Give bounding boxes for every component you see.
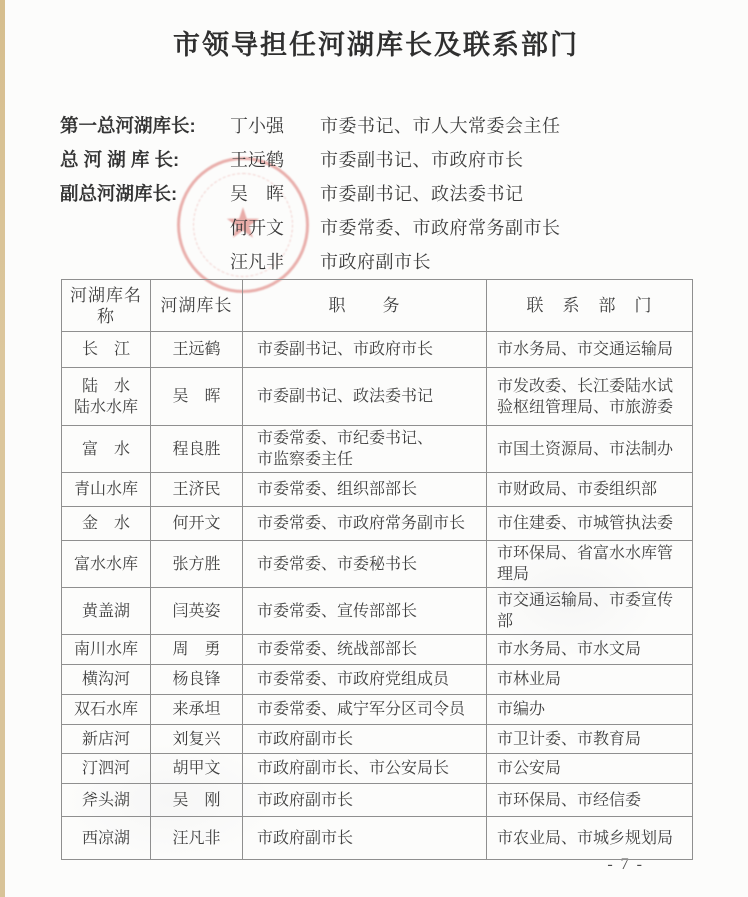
chief-position: 市委常委、市政府常务副市长 <box>243 507 487 541</box>
contact-departments: 市环保局、省富水水库管 理局 <box>487 541 693 588</box>
table-row: 富水水库 张方胜 市委常委、市委秘书长 市环保局、省富水水库管 理局 <box>62 541 693 588</box>
table-row: 新店河 刘复兴 市政府副市长 市卫计委、市教育局 <box>62 725 693 754</box>
chief-position: 市政府副市长 <box>243 725 487 754</box>
river-name: 陆 水 陆水水库 <box>62 368 151 426</box>
contact-departments: 市财政局、市委组织部 <box>487 473 693 507</box>
chief-position: 市政府副市长 <box>243 784 487 817</box>
river-name: 富水水库 <box>62 541 151 588</box>
chief-position: 市委常委、组织部部长 <box>243 473 487 507</box>
river-name: 汀泗河 <box>62 754 151 784</box>
chief-name: 何开文 <box>151 507 243 541</box>
contact-departments: 市林业局 <box>487 665 693 695</box>
river-name: 长 江 <box>62 332 151 368</box>
leader-position: 市政府副市长 <box>320 248 431 274</box>
chief-position: 市委常委、宣传部部长 <box>243 588 487 635</box>
header-river-name: 河湖库名称 <box>62 280 151 332</box>
chief-position: 市政府副市长 <box>243 817 487 860</box>
chief-position: 市委常委、市政府党组成员 <box>243 665 487 695</box>
river-name: 南川水库 <box>62 635 151 665</box>
chief-name: 胡甲文 <box>151 754 243 784</box>
chief-position: 市委副书记、市政府市长 <box>243 332 487 368</box>
river-name: 西凉湖 <box>62 817 151 860</box>
chief-name: 王远鹤 <box>151 332 243 368</box>
chief-name: 张方胜 <box>151 541 243 588</box>
page-title: 市领导担任河湖库长及联系部门 <box>60 26 692 64</box>
table-header-row: 河湖库名称 河湖库长 职 务 联 系 部 门 <box>62 280 693 332</box>
chief-name: 周 勇 <box>151 635 243 665</box>
leader-line: 汪凡非 市政府副市长 <box>60 244 692 278</box>
table-row: 金 水 何开文 市委常委、市政府常务副市长 市住建委、市城管执法委 <box>62 507 693 541</box>
contact-departments: 市住建委、市城管执法委 <box>487 507 693 541</box>
leader-name: 丁小强 <box>230 112 320 138</box>
chief-position: 市委常委、市纪委书记、 市监察委主任 <box>243 426 487 473</box>
chief-position: 市委常委、市委秘书长 <box>243 541 487 588</box>
river-chief-table: 河湖库名称 河湖库长 职 务 联 系 部 门 长 江 王远鹤 市委副书记、市政府… <box>61 279 693 860</box>
contact-departments: 市编办 <box>487 695 693 725</box>
leader-line: 何开文 市委常委、市政府常务副市长 <box>60 210 692 244</box>
table-row: 西凉湖 汪凡非 市政府副市长 市农业局、市城乡规划局 <box>62 817 693 860</box>
table-row: 汀泗河 胡甲文 市政府副市长、市公安局长 市公安局 <box>62 754 693 784</box>
chief-name: 程良胜 <box>151 426 243 473</box>
leader-line: 副总河湖库长: 吴 晖 市委副书记、政法委书记 <box>60 176 692 210</box>
header-chief-name: 河湖库长 <box>151 280 243 332</box>
chief-name: 闫英姿 <box>151 588 243 635</box>
document-page: 市领导担任河湖库长及联系部门 ★ 第一总河湖库长: 丁小强 市委书记、市人大常委… <box>0 26 748 860</box>
contact-departments: 市环保局、市经信委 <box>487 784 693 817</box>
leader-position: 市委副书记、政法委书记 <box>320 180 524 206</box>
table-row: 横沟河 杨良锋 市委常委、市政府党组成员 市林业局 <box>62 665 693 695</box>
contact-departments: 市国土资源局、市法制办 <box>487 426 693 473</box>
leader-position: 市委书记、市人大常委会主任 <box>320 112 561 138</box>
table-row: 黄盖湖 闫英姿 市委常委、宣传部部长 市交通运输局、市委宣传部 <box>62 588 693 635</box>
river-name: 富 水 <box>62 426 151 473</box>
leader-line: 第一总河湖库长: 丁小强 市委书记、市人大常委会主任 <box>60 108 692 142</box>
leader-line: 总 河 湖 库 长: 王远鹤 市委副书记、市政府市长 <box>60 142 692 176</box>
chief-position: 市委副书记、政法委书记 <box>243 368 487 426</box>
header-departments: 联 系 部 门 <box>487 280 693 332</box>
leader-role-label: 副总河湖库长: <box>60 180 230 206</box>
contact-departments: 市发改委、长江委陆水试 验枢纽管理局、市旅游委 <box>487 368 693 426</box>
contact-departments: 市卫计委、市教育局 <box>487 725 693 754</box>
table-row: 双石水库 来承坦 市委常委、咸宁军分区司令员 市编办 <box>62 695 693 725</box>
table-row: 陆 水 陆水水库 吴 晖 市委副书记、政法委书记 市发改委、长江委陆水试 验枢纽… <box>62 368 693 426</box>
river-name: 横沟河 <box>62 665 151 695</box>
chief-name: 吴 晖 <box>151 368 243 426</box>
river-name: 新店河 <box>62 725 151 754</box>
contact-departments: 市水务局、市交通运输局 <box>487 332 693 368</box>
chief-name: 来承坦 <box>151 695 243 725</box>
leader-position: 市委常委、市政府常务副市长 <box>320 214 561 240</box>
chief-name: 汪凡非 <box>151 817 243 860</box>
river-name: 斧头湖 <box>62 784 151 817</box>
leader-name: 王远鹤 <box>230 146 320 172</box>
leader-role-label: 总 河 湖 库 长: <box>60 146 230 172</box>
chief-name: 王济民 <box>151 473 243 507</box>
leader-role-label: 第一总河湖库长: <box>60 112 230 138</box>
leader-position: 市委副书记、市政府市长 <box>320 146 524 172</box>
leader-name: 汪凡非 <box>230 248 320 274</box>
chief-name: 刘复兴 <box>151 725 243 754</box>
table-row: 长 江 王远鹤 市委副书记、市政府市长 市水务局、市交通运输局 <box>62 332 693 368</box>
contact-departments: 市公安局 <box>487 754 693 784</box>
river-name: 青山水库 <box>62 473 151 507</box>
header-position: 职 务 <box>243 280 487 332</box>
leader-name: 何开文 <box>230 214 320 240</box>
leader-name: 吴 晖 <box>230 180 320 206</box>
contact-departments: 市交通运输局、市委宣传部 <box>487 588 693 635</box>
table-row: 南川水库 周 勇 市委常委、统战部部长 市水务局、市水文局 <box>62 635 693 665</box>
table-row: 青山水库 王济民 市委常委、组织部部长 市财政局、市委组织部 <box>62 473 693 507</box>
table-row: 富 水 程良胜 市委常委、市纪委书记、 市监察委主任 市国土资源局、市法制办 <box>62 426 693 473</box>
table-row: 斧头湖 吴 刚 市政府副市长 市环保局、市经信委 <box>62 784 693 817</box>
chief-name: 吴 刚 <box>151 784 243 817</box>
river-name: 双石水库 <box>62 695 151 725</box>
river-name: 黄盖湖 <box>62 588 151 635</box>
river-name: 金 水 <box>62 507 151 541</box>
chief-position: 市委常委、统战部部长 <box>243 635 487 665</box>
chief-name: 杨良锋 <box>151 665 243 695</box>
chief-position: 市委常委、咸宁军分区司令员 <box>243 695 487 725</box>
chief-position: 市政府副市长、市公安局长 <box>243 754 487 784</box>
contact-departments: 市农业局、市城乡规划局 <box>487 817 693 860</box>
contact-departments: 市水务局、市水文局 <box>487 635 693 665</box>
leaders-list: 第一总河湖库长: 丁小强 市委书记、市人大常委会主任 总 河 湖 库 长: 王远… <box>60 108 692 278</box>
